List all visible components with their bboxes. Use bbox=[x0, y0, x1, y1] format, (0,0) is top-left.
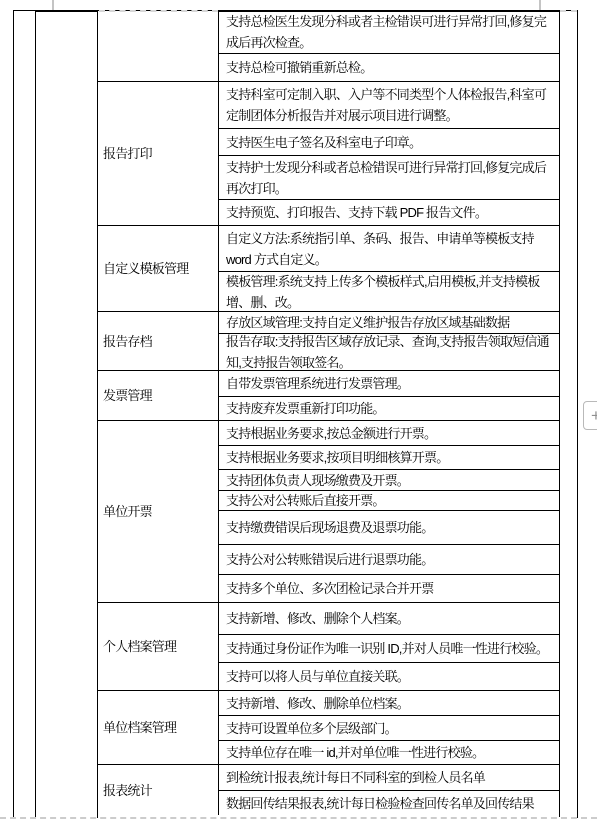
requirement-cell: 支持根据业务要求,按项目明细核算开票。 bbox=[219, 446, 559, 470]
requirements-table: 支持总检医生发现分科或者主检错误可进行异常打回,修复完成后再次检查。 支持总检可… bbox=[13, 10, 578, 817]
table-main-columns: 支持总检医生发现分科或者主检错误可进行异常打回,修复完成后再次检查。 支持总检可… bbox=[98, 11, 560, 817]
table-column-empty-2 bbox=[36, 11, 98, 818]
requirement-cell: 数据回传结果报表,统计每日检验检查回传名单及回传结果 bbox=[219, 791, 559, 815]
category-cell: 单位开票 bbox=[98, 421, 219, 602]
page-break-dash-top bbox=[99, 10, 218, 12]
category-cell: 个人档案管理 bbox=[98, 603, 219, 690]
requirement-cell: 支持通过身份证作为唯一识别 ID,并对人员唯一性进行校验。 bbox=[219, 635, 559, 663]
category-cell: 报表统计 bbox=[98, 765, 219, 815]
table-top-border-thick bbox=[36, 10, 98, 12]
document-page: 支持总检医生发现分科或者主检错误可进行异常打回,修复完成后再次检查。 支持总检可… bbox=[0, 0, 597, 826]
table-section: 报告存档 存放区域管理:支持自定义维护报告存放区域基础数据 报告存取:支持报告区… bbox=[98, 312, 559, 371]
add-row-button[interactable]: + bbox=[583, 401, 597, 430]
page-break-line bbox=[0, 817, 597, 819]
page-break-dash-top bbox=[560, 10, 577, 12]
requirement-cell: 到检统计报表,统计每日不同科室的到检人员名单 bbox=[219, 765, 559, 791]
requirement-cell: 支持废弃发票重新打印功能。 bbox=[219, 397, 559, 420]
requirement-cell: 支持可以将人员与单位直接关联。 bbox=[219, 663, 559, 690]
table-section: 单位档案管理 支持新增、修改、删除单位档案。 支持可设置单位多个层级部门。 支持… bbox=[98, 691, 559, 765]
table-section: 支持总检医生发现分科或者主检错误可进行异常打回,修复完成后再次检查。 支持总检可… bbox=[98, 11, 559, 82]
table-top-border-thick bbox=[219, 10, 559, 12]
requirement-cell: 模板管理:系统支持上传多个模板样式,启用模板,并支持模板增、删、改。 bbox=[219, 272, 559, 311]
requirement-cell: 支持医生电子签名及科室电子印章。 bbox=[219, 129, 559, 156]
requirement-cell: 支持护士发现分科或者总检错误可进行异常打回,修复完成后再次打印。 bbox=[219, 156, 559, 200]
table-column-empty-1 bbox=[13, 11, 36, 818]
table-section: 报表统计 到检统计报表,统计每日不同科室的到检人员名单 数据回传结果报表,统计每… bbox=[98, 765, 559, 815]
requirement-cell: 支持公对公转账后直接开票。 bbox=[219, 491, 559, 511]
requirement-cell: 支持公对公转账错误后进行退票功能。 bbox=[219, 545, 559, 575]
requirement-cell: 支持新增、修改、删除单位档案。 bbox=[219, 691, 559, 716]
category-cell: 自定义模板管理 bbox=[98, 226, 219, 311]
table-section: 自定义模板管理 自定义方法:系统指引单、条码、报告、申请单等模板支持 word … bbox=[98, 226, 559, 312]
category-cell: 单位档案管理 bbox=[98, 691, 219, 764]
requirement-cell: 支持可设置单位多个层级部门。 bbox=[219, 716, 559, 741]
requirement-cell: 支持根据业务要求,按总金额进行开票。 bbox=[219, 421, 559, 446]
requirement-cell: 自带发票管理系统进行发票管理。 bbox=[219, 371, 559, 397]
category-cell: 发票管理 bbox=[98, 371, 219, 420]
requirement-cell: 支持总检可撤销重新总检。 bbox=[219, 54, 559, 81]
table-section: 个人档案管理 支持新增、修改、删除个人档案。 支持通过身份证作为唯一识别 ID,… bbox=[98, 603, 559, 691]
table-column-empty-3 bbox=[560, 11, 578, 818]
requirement-cell: 支持新增、修改、删除个人档案。 bbox=[219, 603, 559, 635]
requirement-cell: 支持预览、打印报告、支持下载 PDF 报告文件。 bbox=[219, 200, 559, 225]
ruler-tick-right bbox=[539, 0, 541, 10]
requirement-cell: 支持缴费错误后现场退费及退票功能。 bbox=[219, 511, 559, 545]
requirement-cell: 支持科室可定制入职、入户等不同类型个人体检报告,科室可定制团体分析报告并对展示项… bbox=[219, 82, 559, 129]
requirement-cell: 支持多个单位、多次团检记录合并开票 bbox=[219, 575, 559, 602]
requirement-cell: 支持团体负责人现场缴费及开票。 bbox=[219, 470, 559, 491]
table-section: 发票管理 自带发票管理系统进行发票管理。 支持废弃发票重新打印功能。 bbox=[98, 371, 559, 421]
ruler-tick-left bbox=[52, 0, 54, 10]
table-section: 单位开票 支持根据业务要求,按总金额进行开票。 支持根据业务要求,按项目明细核算… bbox=[98, 421, 559, 603]
requirement-cell: 自定义方法:系统指引单、条码、报告、申请单等模板支持 word 方式自定义。 bbox=[219, 226, 559, 272]
category-cell: 报告存档 bbox=[98, 312, 219, 370]
requirement-cell: 报告存取:支持报告区域存放记录、查询,支持报告领取短信通知,支持报告领取签名。 bbox=[219, 334, 559, 370]
requirement-cell: 支持单位存在唯一 id,并对单位唯一性进行校验。 bbox=[219, 741, 559, 764]
category-cell: 报告打印 bbox=[98, 82, 219, 225]
category-cell bbox=[98, 11, 219, 81]
requirement-cell: 支持总检医生发现分科或者主检错误可进行异常打回,修复完成后再次检查。 bbox=[219, 11, 559, 54]
table-section: 报告打印 支持科室可定制入职、入户等不同类型个人体检报告,科室可定制团体分析报告… bbox=[98, 82, 559, 226]
